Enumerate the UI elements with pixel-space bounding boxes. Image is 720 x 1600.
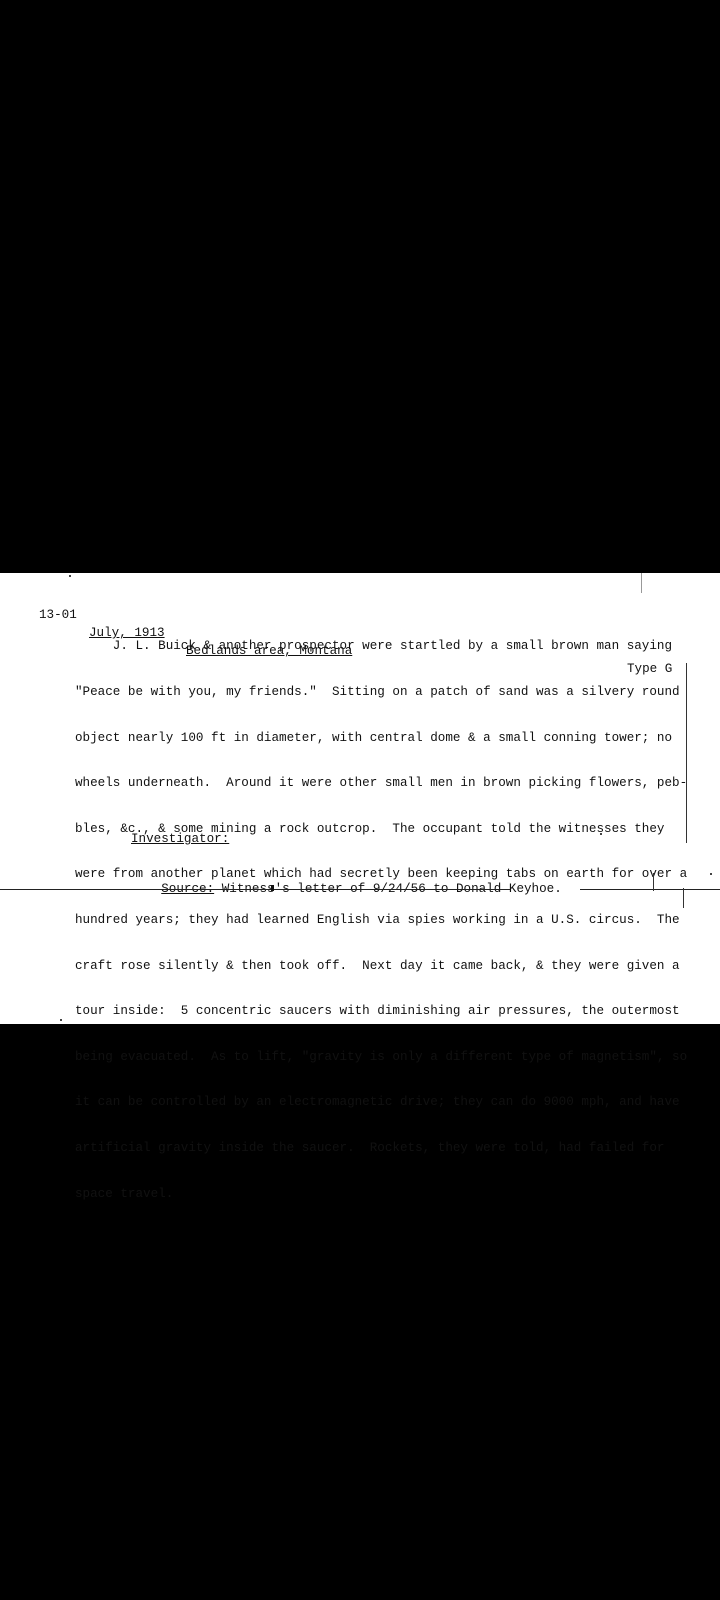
scan-speck xyxy=(600,833,602,835)
scan-speck xyxy=(60,1019,62,1021)
body-line: it can be controlled by an electromagnet… xyxy=(75,1095,715,1110)
record-header: 13-01 July, 1913 Bedlands area, Montana … xyxy=(0,588,720,606)
body-line: object nearly 100 ft in diameter, with c… xyxy=(75,731,715,746)
scan-artifact-line xyxy=(271,885,274,891)
divider-right xyxy=(580,889,720,890)
scan-artifact-line xyxy=(653,873,654,891)
document-page: 13-01 July, 1913 Bedlands area, Montana … xyxy=(0,573,720,1024)
scan-speck xyxy=(710,873,712,875)
body-line: hundred years; they had learned English … xyxy=(75,913,715,928)
scan-artifact-line xyxy=(683,888,684,908)
body-line: "Peace be with you, my friends." Sitting… xyxy=(75,685,715,700)
scan-speck xyxy=(69,575,71,577)
body-line: tour inside: 5 concentric saucers with d… xyxy=(75,1004,715,1019)
investigator-label: Investigator: xyxy=(131,831,229,847)
scan-artifact-line xyxy=(686,663,687,843)
scan-artifact-line xyxy=(641,573,642,593)
body-line: craft rose silently & then took off. Nex… xyxy=(75,959,715,974)
body-line: artificial gravity inside the saucer. Ro… xyxy=(75,1141,715,1156)
body-line: wheels underneath. Around it were other … xyxy=(75,776,715,791)
body-line: J. L. Buick & another prospector were st… xyxy=(75,639,715,654)
divider-left xyxy=(0,889,510,890)
case-id: 13-01 xyxy=(39,606,77,624)
body-line: being evacuated. As to lift, "gravity is… xyxy=(75,1050,715,1065)
record-body: J. L. Buick & another prospector were st… xyxy=(75,609,715,1232)
body-line: space travel. xyxy=(75,1187,715,1202)
